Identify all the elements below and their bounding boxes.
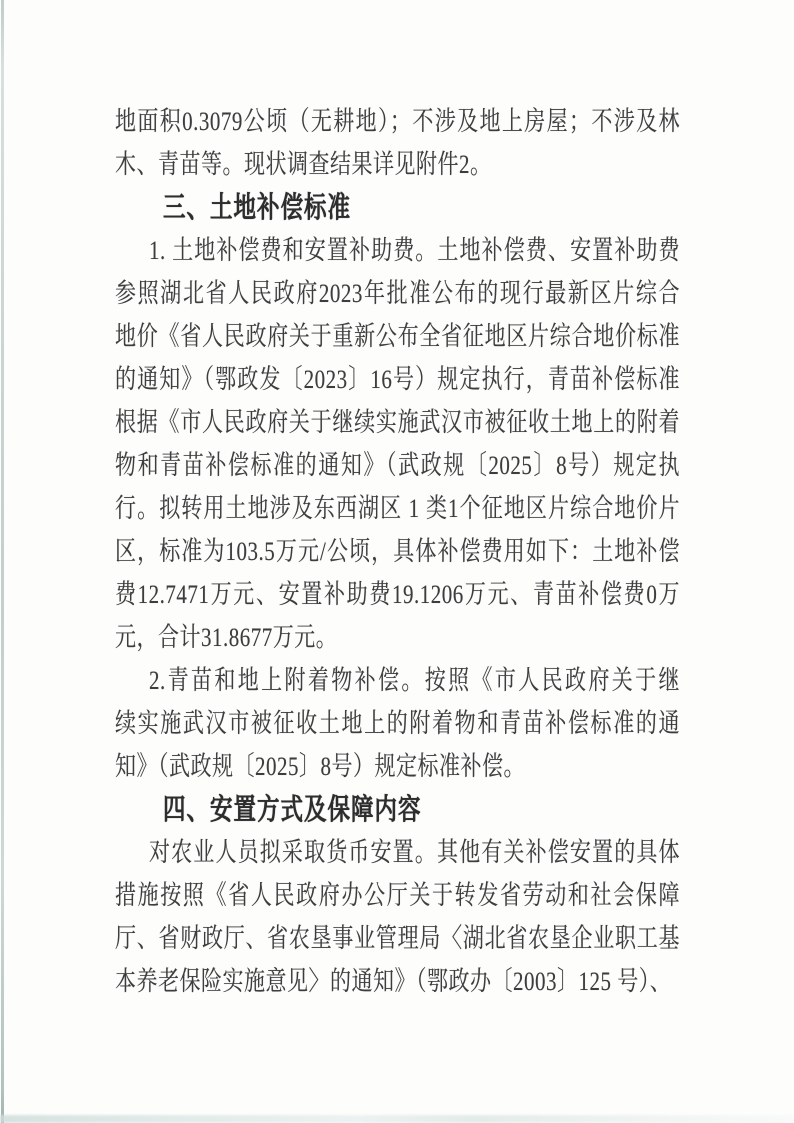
scan-bottom-edge-artifact bbox=[0, 1115, 794, 1123]
document-text-block: 地面积0.3079公顷（无耕地）；不涉及地上房屋；不涉及林 木、青苗等。现状调查… bbox=[115, 100, 680, 1003]
scanned-document-page: 地面积0.3079公顷（无耕地）；不涉及地上房屋；不涉及林 木、青苗等。现状调查… bbox=[0, 0, 794, 1123]
doc-line: 本养老保险实施意见〉的通知》（鄂政办〔2003〕125 号）、 bbox=[115, 954, 680, 1009]
scan-left-edge-artifact bbox=[1, 0, 4, 1123]
